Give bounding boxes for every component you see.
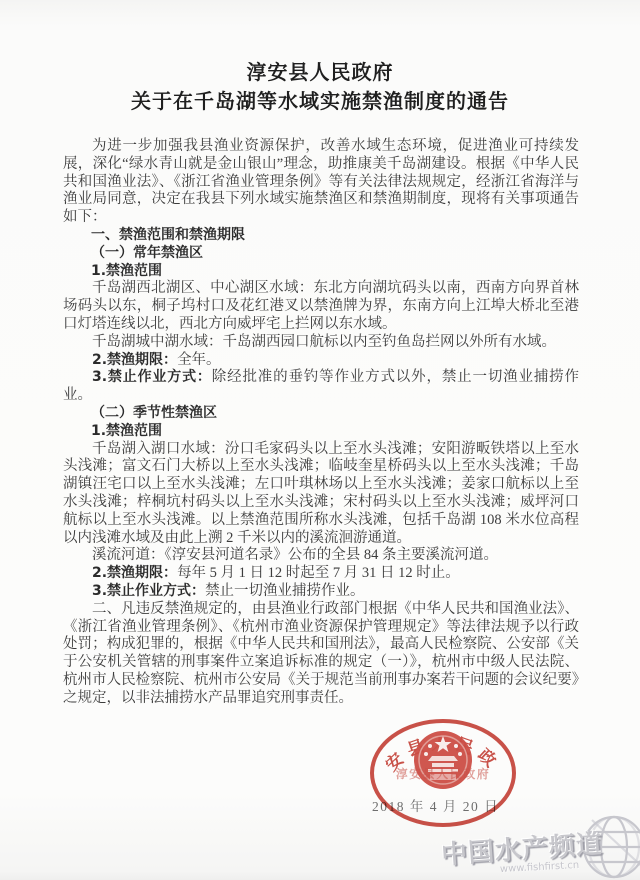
- paragraph-ban-period-1: 2.禁渔期限：全年。: [63, 352, 579, 370]
- paragraph-inlet-waters: 千岛湖入湖口水域：汾口毛家码头以上至水头浅滩；安阳游畈铁塔以上至水头浅滩；富文石…: [63, 441, 579, 548]
- heading-permanent-ban-zone: （一）常年禁渔区: [63, 245, 579, 263]
- paragraph-banned-methods-2: 3.禁止作业方式：禁止一切渔业捕捞作业。: [63, 583, 579, 601]
- heading-ban-scope-2: 1.禁渔范围: [63, 423, 579, 441]
- paragraph-intro: 为进一步加强我县渔业资源保护，改善水域生态环境，促进渔业可持续发展，深化“绿水青…: [63, 138, 579, 227]
- banned-methods-1-label: 3.禁止作业方式：: [92, 369, 212, 385]
- government-seal: 淳安县人民政府 淳安县人民政府: [366, 716, 520, 832]
- ban-period-2-value: 每年 5 月 1 日 12 时起至 7 月 31 日 12 时止。: [177, 565, 460, 581]
- paragraph-stream-channels: 溪流河道：《淳安县河道名录》公布的全县 84 条主要溪流河道。: [63, 547, 579, 565]
- document-body: 为进一步加强我县渔业资源保护，改善水域生态环境，促进渔业可持续发展，深化“绿水青…: [63, 138, 579, 708]
- paragraph-city-lake-area: 千岛湖城中湖水域：千岛湖西园口航标以内至钓鱼岛拦网以外所有水域。: [63, 334, 579, 352]
- document-title: 淳安县人民政府 关于在千岛湖等水域实施禁渔制度的通告: [0, 58, 640, 116]
- banned-methods-2-label: 3.禁止作业方式：: [92, 583, 205, 599]
- title-line-authority: 淳安县人民政府: [0, 58, 640, 87]
- ban-period-2-label: 2.禁渔期限：: [92, 565, 177, 581]
- seal-horizontal-text: 淳安县人民政府: [396, 766, 491, 781]
- paragraph-ban-period-2: 2.禁渔期限：每年 5 月 1 日 12 时起至 7 月 31 日 12 时止。: [63, 565, 579, 583]
- banned-methods-2-value: 禁止一切渔业捕捞作业。: [205, 583, 365, 599]
- ban-period-1-label: 2.禁渔期限：: [92, 352, 177, 368]
- document-page: 淳安县人民政府 关于在千岛湖等水域实施禁渔制度的通告 为进一步加强我县渔业资源保…: [0, 0, 640, 880]
- paragraph-penalties: 二、凡违反禁渔规定的，由县渔业行政部门根据《中华人民共和国渔业法》、《浙江省渔业…: [63, 601, 579, 708]
- paragraph-nw-lake-area: 千岛湖西北湖区、中心湖区水域：东北方向湖坑码头以南，西南方向界首林场码头以东，桐…: [63, 280, 579, 333]
- heading-ban-scope-1: 1.禁渔范围: [63, 263, 579, 281]
- title-line-subject: 关于在千岛湖等水域实施禁渔制度的通告: [0, 87, 640, 116]
- paragraph-banned-methods-1: 3.禁止作业方式：除经批准的垂钓等作业方式以外，禁止一切渔业捕捞作业。: [63, 369, 579, 405]
- heading-seasonal-ban-zone: （二）季节性禁渔区: [63, 405, 579, 423]
- ban-period-1-value: 全年。: [177, 352, 221, 368]
- heading-section-1: 一、禁渔范围和禁渔期限: [63, 227, 579, 245]
